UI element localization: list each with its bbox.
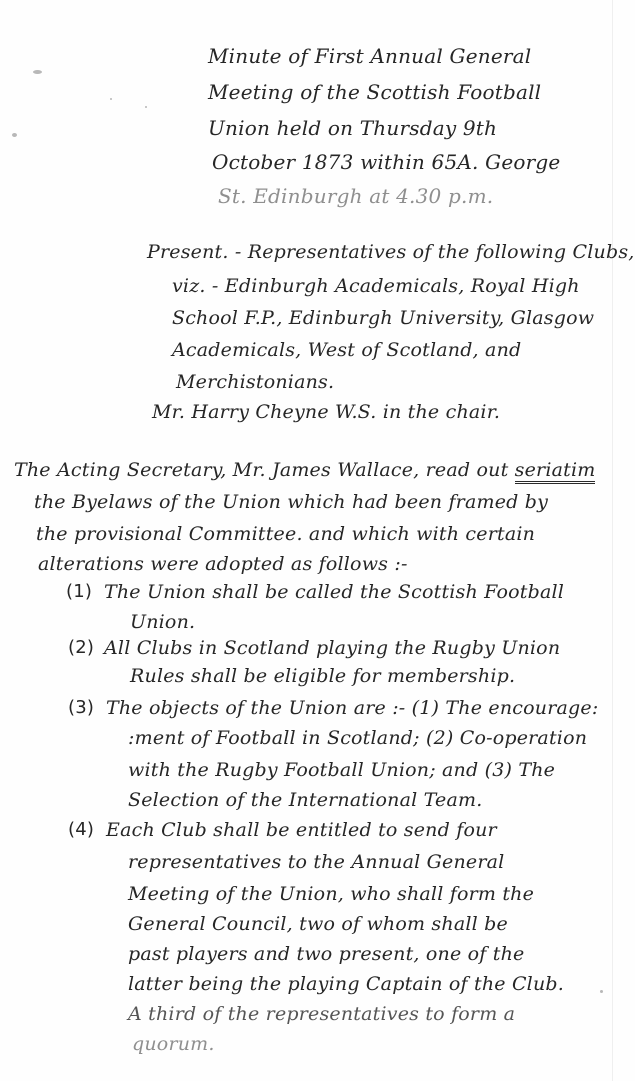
present-line: Merchistonians. [176,370,334,394]
rule-line: past players and two present, one of the [128,942,525,966]
title-line: Minute of First Annual General [208,44,531,68]
scan-speck [110,98,112,100]
rule-line: Meeting of the Union, who shall form the [128,882,534,906]
rule-line: General Council, two of whom shall be [128,912,508,936]
present-line: Academicals, West of Scotland, and [172,338,521,362]
present-line: School F.P., Edinburgh University, Glasg… [172,306,594,330]
present-line: Present. - Representatives of the follow… [147,240,635,264]
title-line: Union held on Thursday 9th [208,116,497,140]
rule-number: (3) [68,696,94,720]
rule-line: All Clubs in Scotland playing the Rugby … [104,636,560,660]
rule-line: The objects of the Union are :- (1) The … [106,696,598,720]
rule-line: representatives to the Annual General [128,850,504,874]
scan-speck [600,990,603,993]
scan-speck [12,133,17,137]
rule-line: with the Rugby Football Union; and (3) T… [128,758,555,782]
title-line: October 1873 within 65A. George [212,150,560,174]
chair-line: Mr. Harry Cheyne W.S. in the chair. [152,400,500,424]
rule-line: Rules shall be eligible for membership. [130,664,515,688]
intro-line: The Acting Secretary, Mr. James Wallace,… [14,458,595,482]
intro-line: the Byelaws of the Union which had been … [34,490,548,514]
rule-number: (1) [66,580,92,604]
intro-text: The Acting Secretary, Mr. James Wallace,… [14,459,515,481]
rule-line: latter being the playing Captain of the … [128,972,564,996]
rule-number: (4) [68,818,94,842]
rule-line: Union. [130,610,195,634]
rule-line: A third of the representatives to form a [128,1002,515,1026]
intro-line: the provisional Committee. and which wit… [36,522,535,546]
document-page: Minute of First Annual General Meeting o… [0,0,635,1081]
rule-line: :ment of Football in Scotland; (2) Co-op… [128,726,587,750]
rule-line: Selection of the International Team. [128,788,482,812]
intro-line: alterations were adopted as follows :- [38,552,408,576]
scan-speck [33,70,42,74]
rule-line: Each Club shall be entitled to send four [106,818,497,842]
title-line: Meeting of the Scottish Football [208,80,541,104]
scan-speck [145,106,147,108]
rule-number: (2) [68,636,94,660]
rule-line: quorum. [132,1032,215,1056]
title-line: St. Edinburgh at 4.30 p.m. [218,184,493,208]
page-edge-line [612,0,613,1081]
seriatim-emphasis: seriatim [515,459,596,484]
rule-line: The Union shall be called the Scottish F… [104,580,564,604]
present-line: viz. - Edinburgh Academicals, Royal High [172,274,580,298]
